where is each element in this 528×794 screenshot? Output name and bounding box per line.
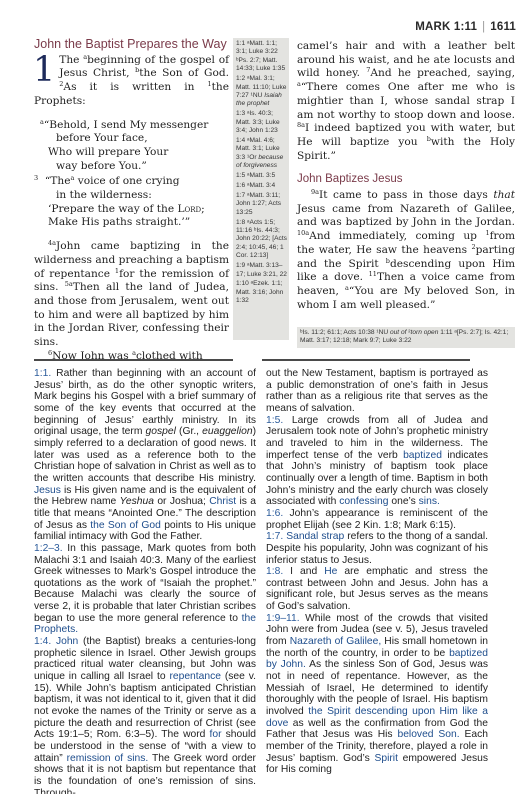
cross-reference-column: 1:1 ᵃMatt. 1:1; 3:1; Luke 3:22 ᵇPs. 2:7;… bbox=[233, 38, 289, 340]
footnote-cross-references: ᵇIs. 11:2; 61:1; Acts 10:38 ¹NU out of ²… bbox=[297, 327, 515, 348]
note-1-4-continued: out the New Testament, baptism is portra… bbox=[266, 368, 488, 415]
note-1-4: 1:4. John (the Baptist) breaks a centuri… bbox=[34, 636, 256, 794]
xref-entry: 1:2 ᵃMal. 3:1; Matt. 11:10; Luke 7:27 ¹N… bbox=[236, 75, 287, 109]
verse-4-5: 4aJohn came baptizing in the wilderness … bbox=[34, 240, 229, 350]
divider-rule bbox=[34, 359, 233, 361]
note-1-1: 1:1. Rather than beginning with an accou… bbox=[34, 368, 256, 543]
note-1-8: 1:8. I and He are emphatic and stress th… bbox=[266, 566, 488, 613]
xref-entry: 1:5 ᵃMatt. 3:5 bbox=[236, 172, 287, 180]
xref-entry: 1:3 ᵃIs. 40:3; Matt. 3:3; Luke 3:4; John… bbox=[236, 110, 287, 135]
xref-entry: 1:6 ᵃMatt. 3:4 bbox=[236, 182, 287, 190]
scripture-column-right: camel’s hair and with a leather belt aro… bbox=[297, 40, 515, 312]
poetry-quote-isaiah: 3 “Thea voice of one crying in the wilde… bbox=[34, 175, 229, 230]
xref-entry: 1:7 ᵃMatt. 3:11; John 1:27; Acts 13:25 bbox=[236, 192, 287, 217]
xref-entry: 1:1 ᵃMatt. 1:1; 3:1; Luke 3:22 ᵇPs. 2:7;… bbox=[236, 40, 287, 74]
note-1-6: 1:6. John’s appearance is reminiscent of… bbox=[266, 508, 488, 531]
commentary-column-right: out the New Testament, baptism is portra… bbox=[266, 368, 488, 776]
note-1-5: 1:5. Large crowds from all of Judea and … bbox=[266, 415, 488, 508]
verse-9-11: 9aIt came to pass in those days that Jes… bbox=[297, 189, 515, 312]
divider-rule bbox=[262, 359, 470, 361]
page-number: 1611 bbox=[490, 21, 516, 33]
note-1-7: 1:7. Sandal strap refers to the thong of… bbox=[266, 531, 488, 566]
verse-6-8: camel’s hair and with a leather belt aro… bbox=[297, 40, 515, 163]
verse-6: 6Now John was aclothed with bbox=[34, 350, 229, 364]
note-1-2-3: 1:2–3. In this passage, Mark quotes from… bbox=[34, 543, 256, 636]
section-heading: John the Baptist Prepares the Way bbox=[34, 38, 229, 52]
scripture-column-left: John the Baptist Prepares the Way 1The a… bbox=[34, 38, 229, 363]
chapter-verse-reference: MARK 1:11 bbox=[415, 21, 477, 33]
chapter-number: 1 bbox=[33, 56, 55, 84]
section-heading: John Baptizes Jesus bbox=[297, 173, 515, 187]
running-header: MARK 1:11|1611 bbox=[320, 21, 516, 33]
xref-entry: 1:10 ᵃEzek. 1:1; Matt. 3:16; John 1:32 bbox=[236, 280, 287, 305]
xref-entry: 1:9 ᵃMatt. 3:13–17; Luke 3:21, 22 bbox=[236, 262, 287, 279]
xref-entry: 1:8 ᵃActs 1:5; 11:16 ᵇIs. 44:3; John 20:… bbox=[236, 219, 287, 261]
commentary-column-left: 1:1. Rather than beginning with an accou… bbox=[34, 368, 256, 794]
header-separator: | bbox=[477, 21, 490, 33]
xref-entry: 1:4 ᵃMal. 4:6; Matt. 3:1; Luke 3:3 ¹Or b… bbox=[236, 137, 287, 171]
verse-1-2: 1The abeginning of the gospel of Jesus C… bbox=[34, 54, 229, 109]
note-1-9-11: 1:9–11. While most of the crowds that vi… bbox=[266, 613, 488, 776]
poetry-quote-malachi: a“Behold, I send My messenger before You… bbox=[34, 119, 229, 174]
